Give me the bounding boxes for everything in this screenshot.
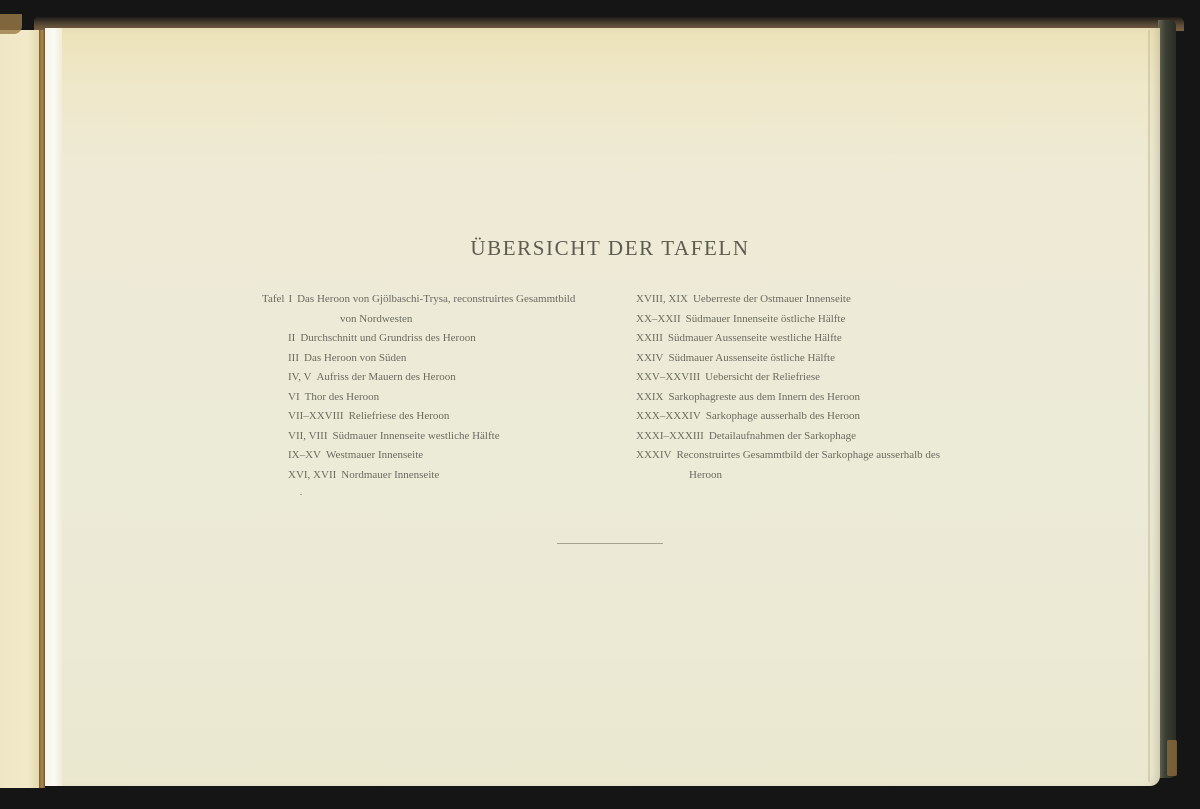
plate-description: Thor des Heroon xyxy=(305,391,380,403)
plate-number: IX–XV xyxy=(288,446,321,466)
plate-description: Südmauer Innenseite westliche Hälfte xyxy=(333,430,500,442)
plate-entry: VII–XXVIIIReliefriese des Heroon xyxy=(262,407,622,427)
plate-entry: XXIXSarkophagreste aus dem Innern des He… xyxy=(636,388,956,408)
plate-description: Westmauer Innenseite xyxy=(326,449,423,461)
plate-entry: XXIIISüdmauer Aussenseite westliche Hälf… xyxy=(636,329,956,349)
plate-description: Ueberreste der Ostmauer Innenseite xyxy=(693,293,851,305)
plate-description: Sarkophagreste aus dem Innern des Heroon xyxy=(669,391,861,403)
plate-entry: TafelIDas Heroon von Gjölbaschi-Trysa, r… xyxy=(262,290,622,310)
plate-entry-continuation: Heroon xyxy=(636,466,956,486)
plate-number: XXIII xyxy=(636,329,663,349)
plate-description: Das Heroon von Gjölbaschi-Trysa, reconst… xyxy=(297,293,575,305)
plate-number: XXIV xyxy=(636,349,664,369)
left-page xyxy=(0,30,40,788)
plate-entry: XXV–XXVIIIUebersicht der Reliefriese xyxy=(636,368,956,388)
plate-entry: IV, VAufriss der Mauern des Heroon xyxy=(262,368,622,388)
plate-description: Detailaufnahmen der Sarkophage xyxy=(709,430,856,442)
plate-number: VII, VIII xyxy=(288,427,328,447)
plate-number: XXIX xyxy=(636,388,664,408)
tafel-label: Tafel xyxy=(262,293,284,305)
cover-wear-mark xyxy=(1167,740,1177,776)
plate-description: Durchschnitt und Grundriss des Heroon xyxy=(300,332,475,344)
page-edge-crease xyxy=(1148,30,1150,782)
plate-entry: XVI, XVIINordmauer Innenseite xyxy=(262,466,622,486)
plate-entry: XVIII, XIXUeberreste der Ostmauer Innens… xyxy=(636,290,956,310)
plate-number: XVI, XVII xyxy=(288,466,336,486)
plate-entry: XXXIVReconstruirtes Gesammtbild der Sark… xyxy=(636,446,956,466)
plate-number: IV, V xyxy=(288,368,311,388)
page-title: ÜBERSICHT DER TAFELN xyxy=(0,236,1200,261)
plate-entry: VII, VIIISüdmauer Innenseite westliche H… xyxy=(262,427,622,447)
plate-entry: VIThor des Heroon xyxy=(262,388,622,408)
plate-number: XXXI–XXXIII xyxy=(636,427,704,447)
plate-number: VI xyxy=(288,388,300,408)
plate-number: III xyxy=(288,349,299,369)
plate-number: VII–XXVIII xyxy=(288,407,344,427)
plate-number: XVIII, XIX xyxy=(636,290,688,310)
plate-description: Südmauer Innenseite östliche Hälfte xyxy=(686,313,846,325)
plate-number: XXV–XXVIII xyxy=(636,368,700,388)
plate-description: Uebersicht der Reliefriese xyxy=(705,371,820,383)
plate-entry: IIDurchschnitt und Grundriss des Heroon xyxy=(262,329,622,349)
plate-number: II xyxy=(288,329,295,349)
plate-description: Südmauer Aussenseite westliche Hälfte xyxy=(668,332,842,344)
plate-description-continued: Heroon xyxy=(689,469,722,481)
section-divider-rule xyxy=(557,543,663,544)
plate-description: Aufriss der Mauern des Heroon xyxy=(316,371,455,383)
book-cover-right-edge xyxy=(1158,20,1176,778)
left-page-worn-corner xyxy=(0,14,22,34)
ink-speck xyxy=(300,494,302,495)
plate-number: I xyxy=(288,290,292,310)
binding-strip xyxy=(45,28,63,786)
plate-description: Nordmauer Innenseite xyxy=(341,469,439,481)
plate-entry: IIIDas Heroon von Süden xyxy=(262,349,622,369)
plate-description: Sarkophage ausserhalb des Heroon xyxy=(706,410,860,422)
plate-description-continued: von Nordwesten xyxy=(340,313,412,325)
plate-entry: XX–XXIISüdmauer Innenseite östliche Hälf… xyxy=(636,310,956,330)
plate-number: XX–XXII xyxy=(636,310,681,330)
plate-list-left: TafelIDas Heroon von Gjölbaschi-Trysa, r… xyxy=(262,290,622,485)
plate-description: Das Heroon von Süden xyxy=(304,352,406,364)
plate-entry: XXXI–XXXIIIDetailaufnahmen der Sarkophag… xyxy=(636,427,956,447)
plate-number: XXX–XXXIV xyxy=(636,407,701,427)
plate-description: Reliefriese des Heroon xyxy=(349,410,450,422)
plate-list-right: XVIII, XIXUeberreste der Ostmauer Innens… xyxy=(636,290,956,485)
plate-number: XXXIV xyxy=(636,446,671,466)
plate-entry: IX–XVWestmauer Innenseite xyxy=(262,446,622,466)
plate-entry: XXX–XXXIVSarkophage ausserhalb des Heroo… xyxy=(636,407,956,427)
plate-entry: XXIVSüdmauer Aussenseite östliche Hälfte xyxy=(636,349,956,369)
plate-description: Reconstruirtes Gesammtbild der Sarkophag… xyxy=(676,449,940,461)
plate-entry-continuation: von Nordwesten xyxy=(262,310,622,330)
plate-description: Südmauer Aussenseite östliche Hälfte xyxy=(669,352,836,364)
